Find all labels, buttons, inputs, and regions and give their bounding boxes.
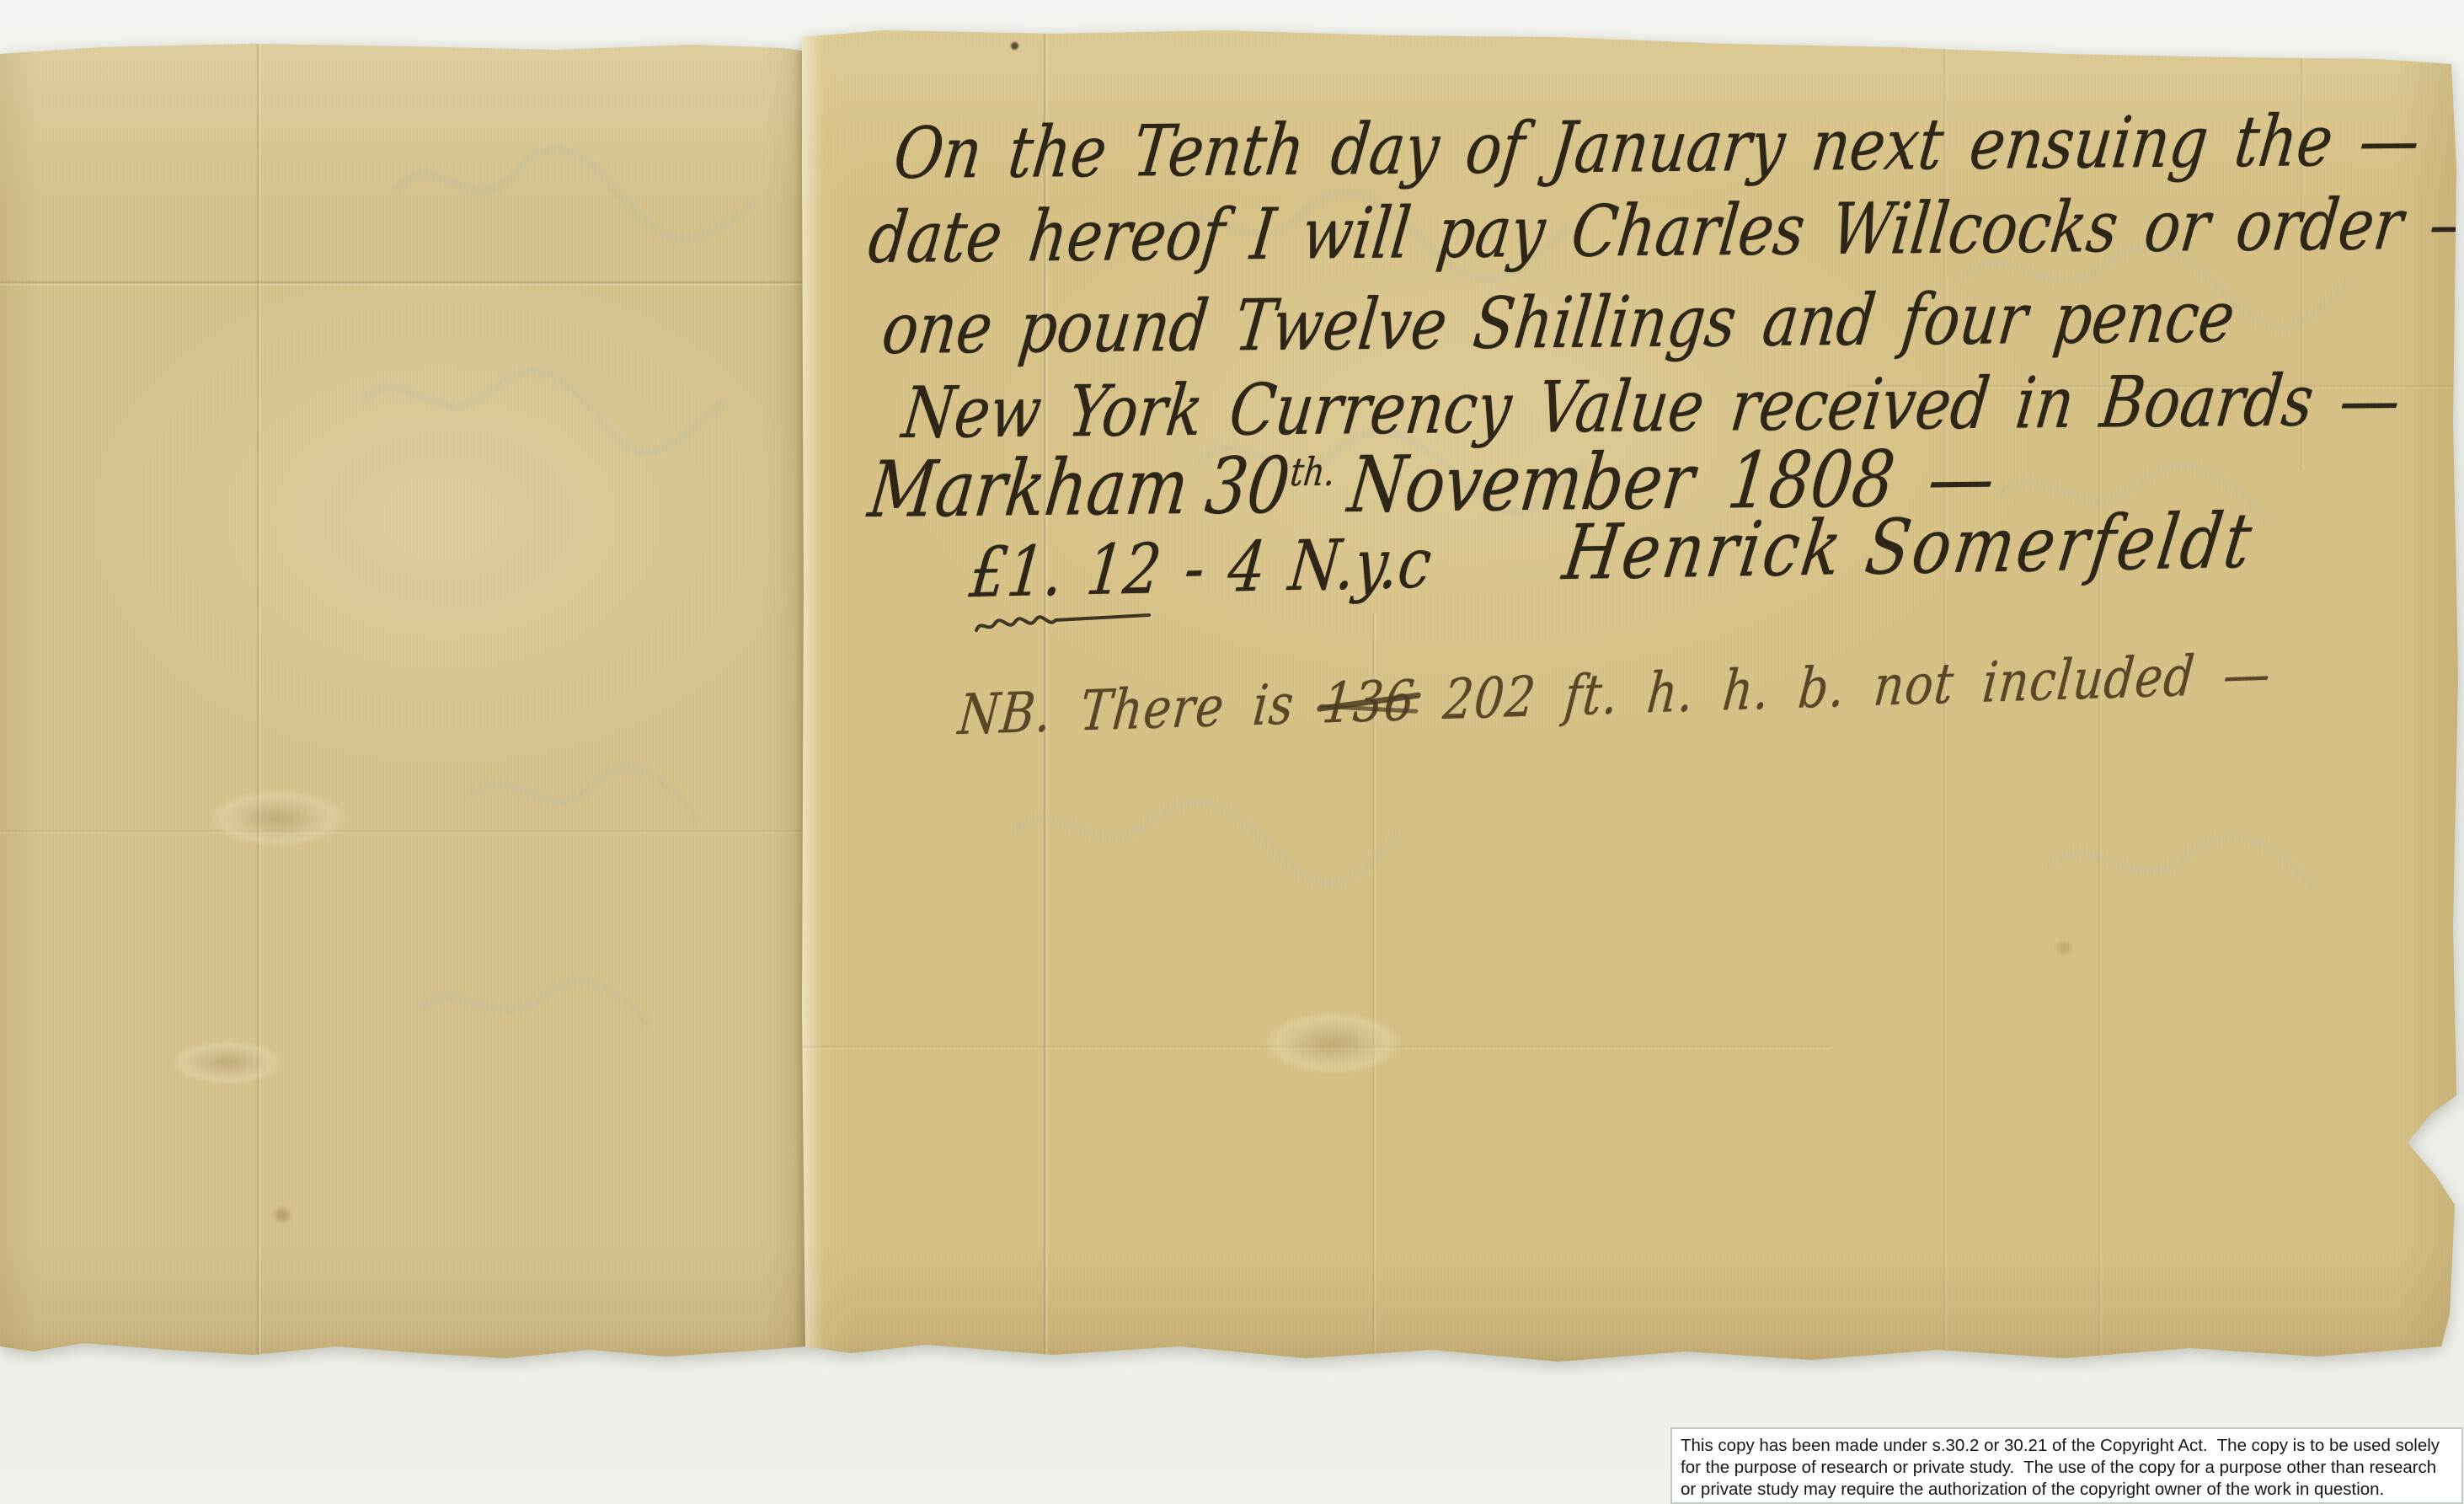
bleed-squiggle — [1013, 803, 1400, 883]
flourish-stroke — [976, 615, 1149, 630]
bleed-squiggle — [396, 148, 758, 238]
paper-sheet-left-wrapper — [0, 39, 807, 1370]
bleed-through-marks — [0, 39, 807, 1370]
dateline-ordinal: th. — [1288, 449, 1338, 495]
nb-prefix: NB. There is — [956, 671, 1326, 747]
handwritten-line-2: date hereof I will pay Charles Willcocks… — [865, 188, 2464, 273]
bleed-squiggle — [362, 372, 724, 452]
bleed-squiggle — [421, 982, 649, 1025]
smudge-stain — [1794, 27, 1823, 40]
amount-figure: £1. 12 - 4 N.y.c — [967, 529, 1435, 608]
copyright-line-2: for the purpose of research or private s… — [1681, 1457, 2453, 1479]
handwritten-line-1: On the Tenth day of January next ensuing… — [890, 104, 2424, 189]
bleed-squiggle — [472, 768, 699, 822]
copyright-line-1: This copy has been made under s.30.2 or … — [1681, 1435, 2453, 1457]
bleed-squiggle — [2049, 837, 2318, 891]
copyright-notice-box: This copy has been made under s.30.2 or … — [1670, 1427, 2463, 1504]
signature: Henrick Somerfeldt — [1559, 504, 2258, 592]
handwritten-line-3: one pound Twelve Shillings and four penc… — [879, 281, 2238, 364]
handwritten-line-4: New York Currency Value received in Boar… — [899, 364, 2403, 448]
copyright-line-3: or private study may require the authori… — [1681, 1479, 2453, 1501]
dateline-place: Markham — [864, 442, 1193, 535]
paper-sheet-right-wrapper: On the Tenth day of January next ensuing… — [802, 24, 2460, 1372]
nb-struck-value: 136 — [1320, 673, 1418, 732]
paper-sheet-right: On the Tenth day of January next ensuing… — [802, 24, 2460, 1372]
amount-underline-flourish — [974, 610, 1155, 639]
dateline-day: 30 — [1201, 441, 1294, 532]
scan-background: { "scan": { "background_color": "#eef0e9… — [0, 0, 2464, 1504]
paper-sheet-left — [0, 39, 807, 1370]
